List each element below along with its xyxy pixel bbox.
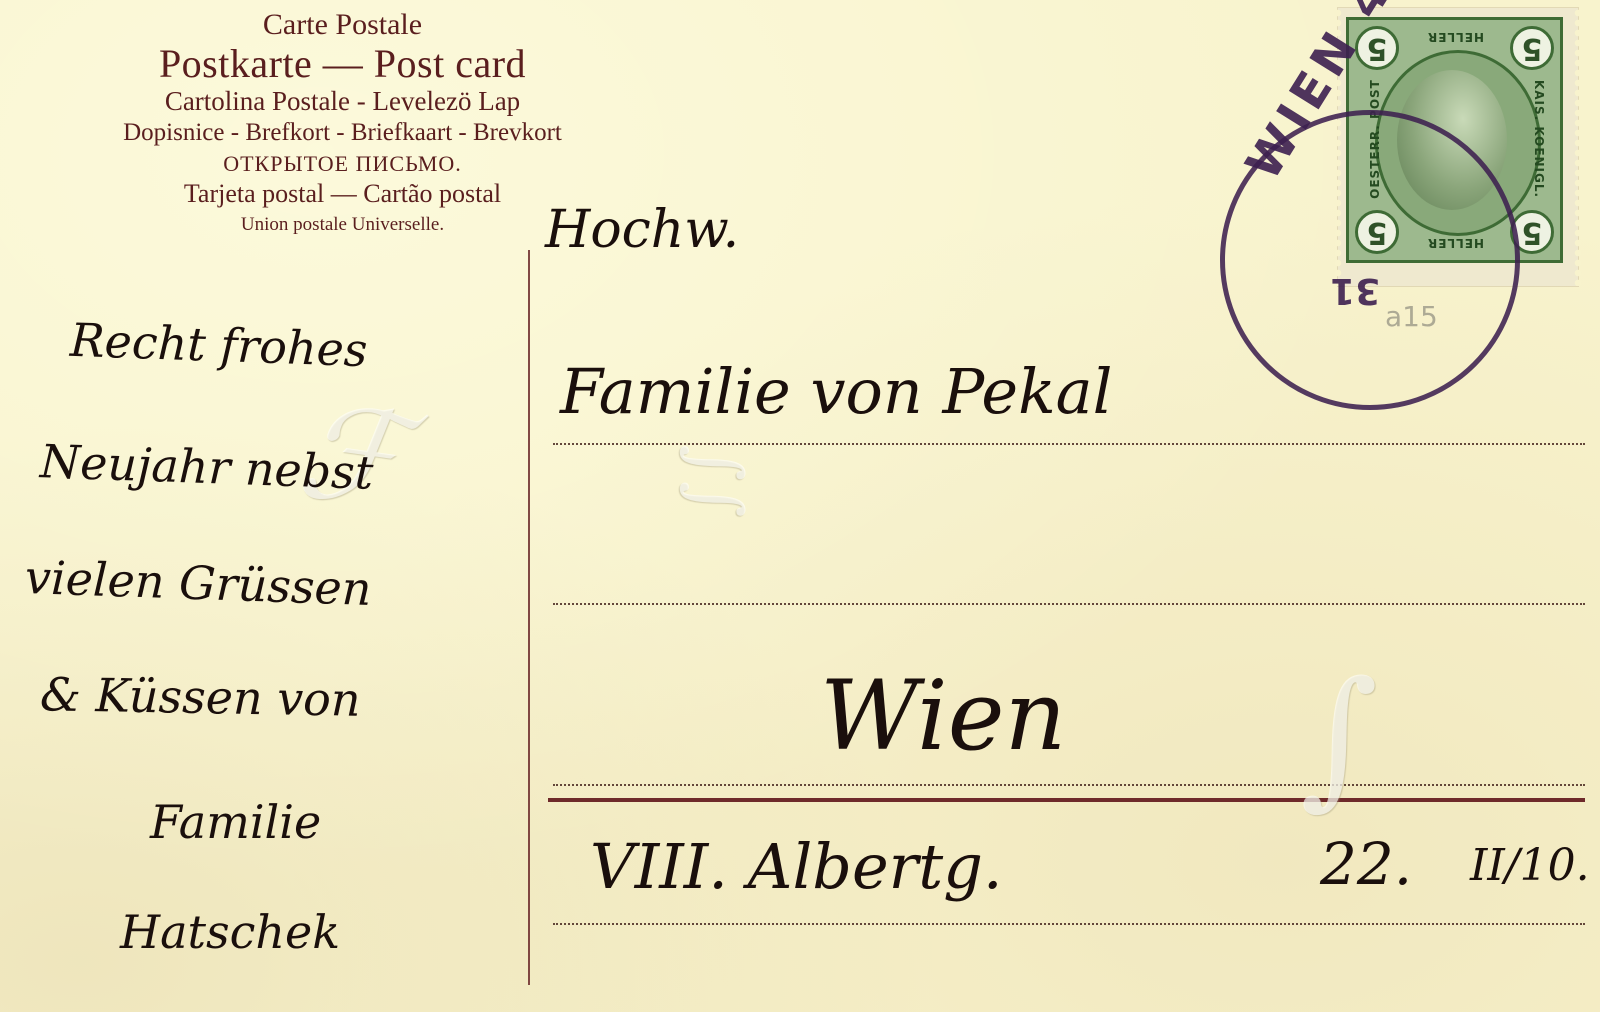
postmark-time: a15 [1385, 300, 1438, 333]
address-recipient: Familie von Pekal [560, 355, 1112, 428]
header-upu: Union postale Universelle. [55, 215, 630, 234]
stamp-heller-top: HELLER [1427, 30, 1484, 44]
emboss-mark-center: ∫∫ [675, 445, 757, 518]
city-underline-rule [548, 798, 1585, 802]
postmark-date: 31 [1330, 270, 1380, 311]
header-cartolina: Cartolina Postale - Levelezö Lap [55, 88, 630, 115]
header-carte-postale: Carte Postale [55, 10, 630, 40]
header-tarjeta: Tarjeta postal — Cartão postal [55, 181, 630, 207]
message-line-1: Recht frohes [69, 313, 368, 377]
vertical-divider [528, 250, 530, 985]
address-city: Wien [820, 660, 1066, 772]
message-line-5: Familie [150, 795, 321, 849]
address-house-number: 22. [1320, 830, 1412, 898]
message-signature: Hatschek [120, 905, 340, 959]
message-line-3: vielen Grüssen [24, 550, 372, 616]
stamp-side-right: KAIS. KOENIGL. [1532, 80, 1546, 198]
header-russian: ОТКРЫТОЕ ПИСЬМО. [55, 153, 630, 175]
address-line-4 [553, 923, 1585, 925]
address-salutation: Hochw. [545, 200, 739, 260]
stamp-value-top-right: 5 [1510, 26, 1554, 70]
printed-header: Carte Postale Postkarte — Post card Cart… [55, 8, 630, 234]
message-line-2: Neujahr nebst [39, 434, 374, 500]
postcard-back: Carte Postale Postkarte — Post card Cart… [0, 0, 1600, 1012]
address-door: II/10. [1470, 840, 1590, 891]
emboss-mark-right: ∫ [1300, 650, 1378, 824]
address-street: VIII. Albertg. [590, 830, 1003, 903]
message-line-4: & Küssen von [40, 667, 361, 727]
header-dopisnice: Dopisnice - Brefkort - Briefkaart - Brev… [55, 120, 630, 145]
header-postkarte: Postkarte — Post card [55, 44, 630, 84]
address-line-3 [553, 784, 1585, 786]
address-line-2 [553, 603, 1585, 605]
